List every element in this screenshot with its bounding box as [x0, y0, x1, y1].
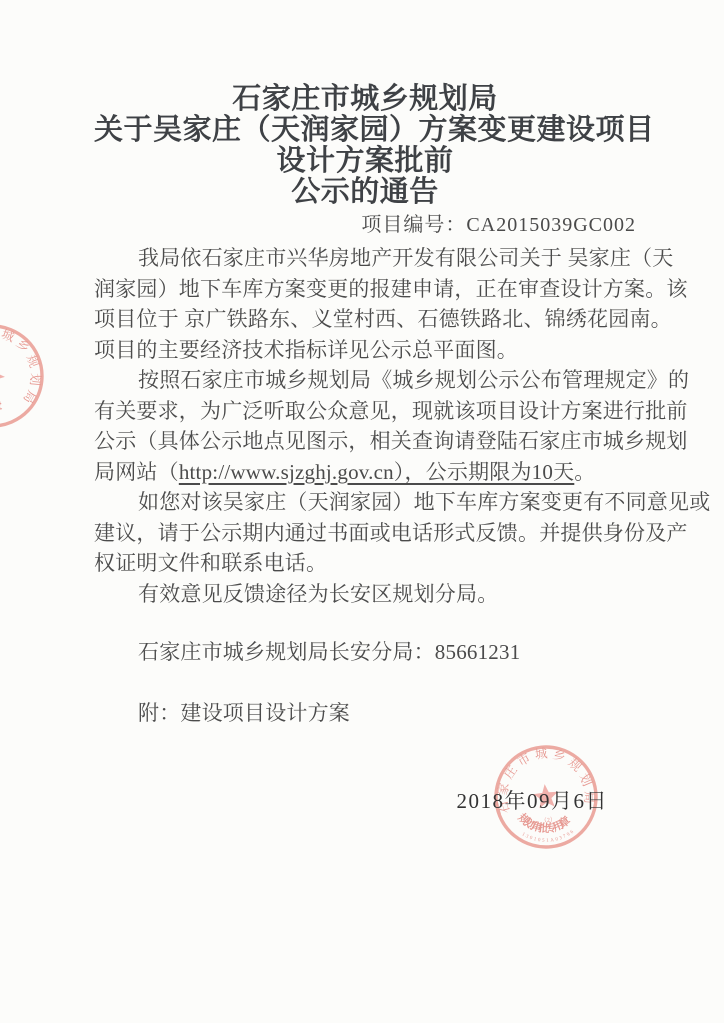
- seal-top-text: 石家庄市城乡规划局: [0, 310, 58, 407]
- paragraph-1-line-4: 项目的主要经济技术指标详见公示总平面图。: [94, 335, 636, 366]
- website-line-post: 。: [574, 460, 595, 484]
- seal-bottom-text: 规划审批专用章: [0, 373, 10, 420]
- paragraph-1-line-2: 润家园）地下车库方案变更的报建申请，正在审查设计方案。该: [94, 274, 636, 305]
- seal-star-icon: [0, 359, 8, 390]
- document-title: 石家庄市城乡规划局 关于吴家庄（天润家园）方案变更建设项目 设计方案批前 公示的…: [94, 84, 636, 208]
- paragraph-2-line-1: 按照石家庄市城乡规划局《城乡规划公示公布管理规定》的: [94, 365, 636, 396]
- title-line-4: 公示的通告: [94, 177, 636, 208]
- svg-text:石家庄市城乡规划局: 石家庄市城乡规划局: [0, 310, 58, 407]
- attachment-line: 附：建设项目设计方案: [94, 698, 636, 729]
- paragraph-3-line-3: 权证明文件和联系电话。: [94, 548, 636, 579]
- paragraph-1-line-3: 项目位于 京广铁路东、义堂村西、石德铁路北、锦绣花园南。: [94, 304, 636, 335]
- document-body: 我局依石家庄市兴华房地产开发有限公司关于 吴家庄（天 润家园）地下车库方案变更的…: [94, 243, 636, 728]
- website-url-link[interactable]: http://www.sjzghj.gov.cn），公示期限为10天: [179, 460, 574, 484]
- paragraph-2-line-2: 有关要求，为广泛听取公众意见，现就该项目设计方案进行批前: [94, 396, 636, 427]
- title-line-3: 设计方案批前: [94, 146, 636, 177]
- notice-document-page: 石家庄市城乡规划局 关于吴家庄（天润家园）方案变更建设项目 设计方案批前 公示的…: [0, 0, 724, 1023]
- title-line-2: 关于吴家庄（天润家园）方案变更建设项目: [94, 115, 636, 146]
- title-line-1: 石家庄市城乡规划局: [94, 84, 636, 115]
- paragraph-2-line-3: 公示（具体公示地点见图示，相关查询请登陆石家庄市城乡规划: [94, 426, 636, 457]
- svg-text:规划审批专用章: 规划审批专用章: [0, 373, 10, 420]
- official-seal-left: 石家庄市城乡规划局 （2） 规划审批专用章 1301051A03796: [0, 295, 73, 456]
- paragraph-3-line-2: 建议，请于公示期内通过书面或电话形式反馈。并提供身份及产: [94, 518, 636, 549]
- issue-date: 2018年09月6日: [457, 788, 609, 814]
- paragraph-3-line-1: 如您对该吴家庄（天润家园）地下车库方案变更有不同意见或: [94, 487, 636, 518]
- paragraph-2-line-4: 局网站（http://www.sjzghj.gov.cn），公示期限为10天。: [94, 457, 636, 488]
- contact-line: 石家庄市城乡规划局长安分局：85661231: [94, 637, 636, 668]
- paragraph-4-line-1: 有效意见反馈途径为长安区规划分局。: [94, 579, 636, 610]
- website-line-pre: 局网站（: [94, 460, 179, 484]
- project-number: 项目编号：CA2015039GC002: [94, 212, 636, 238]
- paragraph-1-line-1: 我局依石家庄市兴华房地产开发有限公司关于 吴家庄（天: [94, 243, 636, 274]
- document-content: 石家庄市城乡规划局 关于吴家庄（天润家园）方案变更建设项目 设计方案批前 公示的…: [94, 84, 636, 728]
